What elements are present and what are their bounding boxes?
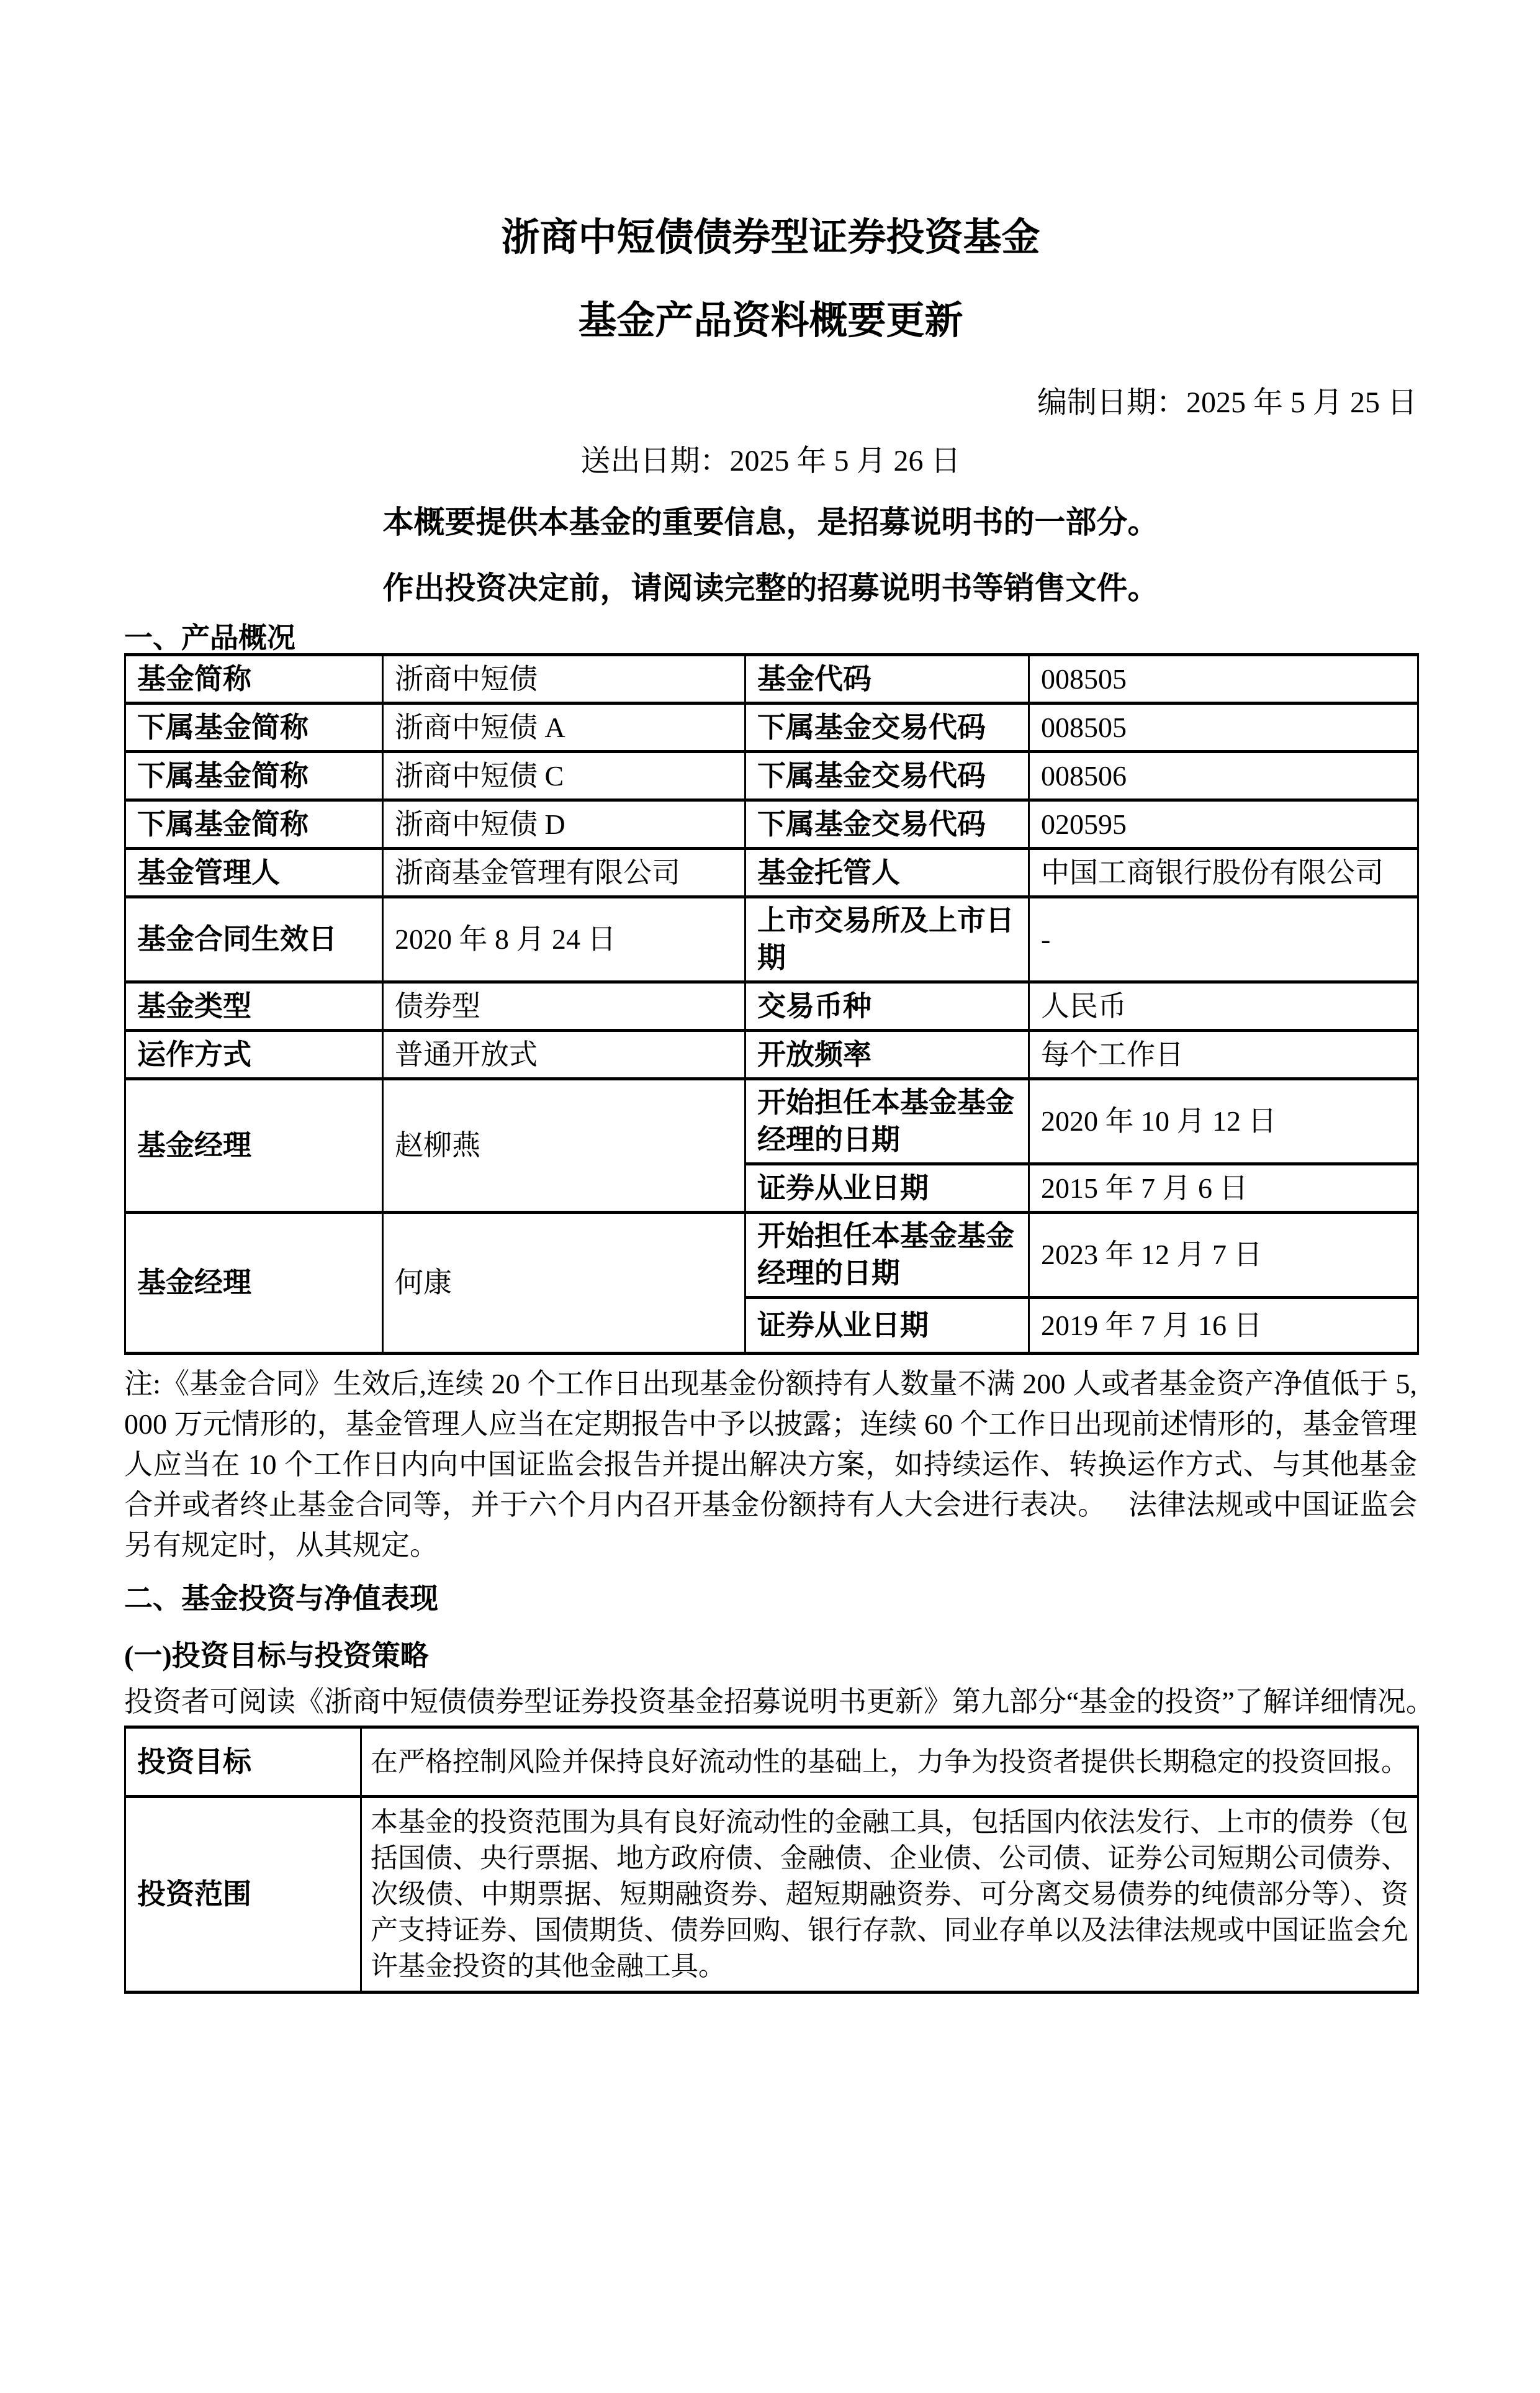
doc-page: { "page": { "title": "浙商中短债债券型证券投资基金", "…	[0, 215, 1540, 2393]
table-row: 下属基金简称 浙商中短债 A 下属基金交易代码 008505	[125, 703, 1418, 752]
table-value-cell: 2020 年 8 月 24 日	[383, 897, 745, 982]
table-label-cell: 下属基金交易代码	[745, 752, 1029, 800]
table-label-cell: 基金合同生效日	[125, 897, 383, 982]
table-value-cell: 浙商中短债 A	[383, 703, 745, 752]
section-2-intro: 投资者可阅读《浙商中短债债券型证券投资基金招募说明书更新》第九部分“基金的投资”…	[124, 1683, 1417, 1721]
table-value-cell: 普通开放式	[383, 1031, 745, 1079]
table-label-cell: 基金类型	[125, 982, 383, 1031]
investment-table: 投资目标 在严格控制风险并保持良好流动性的基础上，力争为投资者提供长期稳定的投资…	[124, 1726, 1419, 1994]
table-value-cell: 浙商中短债	[383, 655, 745, 703]
product-overview-table: 基金简称 浙商中短债 基金代码 008505 下属基金简称 浙商中短债 A 下属…	[124, 653, 1419, 1355]
investment-value-cell: 本基金的投资范围为具有良好流动性的金融工具，包括国内依法发行、上市的债券（包括国…	[361, 1797, 1418, 1993]
table-note: 注:《基金合同》生效后,连续 20 个工作日出现基金份额持有人数量不满 200 …	[124, 1364, 1417, 1565]
table-value-cell: 浙商基金管理有限公司	[383, 849, 745, 897]
table-label-cell: 基金管理人	[125, 849, 383, 897]
notice-line-1: 本概要提供本基金的重要信息，是招募说明书的一部分。	[124, 500, 1417, 544]
table-label-cell: 运作方式	[125, 1031, 383, 1079]
doc-title: 浙商中短债债券型证券投资基金	[124, 215, 1417, 261]
table-value-cell: 2015 年 7 月 6 日	[1029, 1164, 1418, 1213]
table-label-cell: 下属基金交易代码	[745, 800, 1029, 849]
table-label-cell: 上市交易所及上市日期	[745, 897, 1029, 982]
table-value-cell: 人民币	[1029, 982, 1418, 1031]
document-content: 浙商中短债债券型证券投资基金 基金产品资料概要更新 编制日期：2025 年 5 …	[124, 215, 1417, 1994]
table-value-cell: 浙商中短债 C	[383, 752, 745, 800]
table-label-cell: 交易币种	[745, 982, 1029, 1031]
doc-subtitle: 基金产品资料概要更新	[124, 298, 1417, 344]
table-label-cell: 下属基金交易代码	[745, 703, 1029, 752]
table-row: 投资目标 在严格控制风险并保持良好流动性的基础上，力争为投资者提供长期稳定的投资…	[125, 1727, 1418, 1797]
notice-line-2: 作出投资决定前，请阅读完整的招募说明书等销售文件。	[124, 566, 1417, 610]
table-row: 基金经理 赵柳燕 开始担任本基金基金经理的日期 2020 年 10 月 12 日	[125, 1079, 1418, 1164]
table-value-cell: 008505	[1029, 655, 1418, 703]
prepared-date-line: 编制日期：2025 年 5 月 25 日	[124, 382, 1417, 423]
table-label-cell: 基金经理	[125, 1213, 383, 1354]
section-2-heading: 二、基金投资与净值表现	[124, 1584, 1417, 1614]
table-label-cell: 开放频率	[745, 1031, 1029, 1079]
manager-name-cell: 何康	[383, 1213, 745, 1354]
section-2-subheading: (一)投资目标与投资策略	[124, 1641, 1417, 1671]
table-row: 基金合同生效日 2020 年 8 月 24 日 上市交易所及上市日期 -	[125, 897, 1418, 982]
table-value-cell: 2023 年 12 月 7 日	[1029, 1213, 1418, 1298]
table-value-cell: 中国工商银行股份有限公司	[1029, 849, 1418, 897]
table-row: 下属基金简称 浙商中短债 C 下属基金交易代码 008506	[125, 752, 1418, 800]
table-value-cell: 008505	[1029, 703, 1418, 752]
manager-name-cell: 赵柳燕	[383, 1079, 745, 1213]
table-row: 基金类型 债券型 交易币种 人民币	[125, 982, 1418, 1031]
section-1-heading: 一、产品概况	[124, 623, 1417, 653]
table-value-cell: 020595	[1029, 800, 1418, 849]
table-value-cell: 浙商中短债 D	[383, 800, 745, 849]
table-row: 下属基金简称 浙商中短债 D 下属基金交易代码 020595	[125, 800, 1418, 849]
table-label-cell: 证券从业日期	[745, 1164, 1029, 1213]
table-row: 投资范围 本基金的投资范围为具有良好流动性的金融工具，包括国内依法发行、上市的债…	[125, 1797, 1418, 1993]
table-label-cell: 下属基金简称	[125, 800, 383, 849]
table-row: 基金简称 浙商中短债 基金代码 008505	[125, 655, 1418, 703]
table-value-cell: -	[1029, 897, 1418, 982]
investment-label-cell: 投资范围	[125, 1797, 361, 1993]
table-value-cell: 2020 年 10 月 12 日	[1029, 1079, 1418, 1164]
table-row: 基金管理人 浙商基金管理有限公司 基金托管人 中国工商银行股份有限公司	[125, 849, 1418, 897]
table-value-cell: 2019 年 7 月 16 日	[1029, 1298, 1418, 1354]
table-label-cell: 证券从业日期	[745, 1298, 1029, 1354]
table-value-cell: 债券型	[383, 982, 745, 1031]
investment-label-cell: 投资目标	[125, 1727, 361, 1797]
table-label-cell: 基金托管人	[745, 849, 1029, 897]
table-row: 运作方式 普通开放式 开放频率 每个工作日	[125, 1031, 1418, 1079]
table-value-cell: 每个工作日	[1029, 1031, 1418, 1079]
table-row: 基金经理 何康 开始担任本基金基金经理的日期 2023 年 12 月 7 日	[125, 1213, 1418, 1298]
table-label-cell: 开始担任本基金基金经理的日期	[745, 1079, 1029, 1164]
sent-date-line: 送出日期：2025 年 5 月 26 日	[124, 441, 1417, 482]
table-label-cell: 基金代码	[745, 655, 1029, 703]
table-label-cell: 开始担任本基金基金经理的日期	[745, 1213, 1029, 1298]
table-label-cell: 下属基金简称	[125, 703, 383, 752]
table-label-cell: 基金经理	[125, 1079, 383, 1213]
table-label-cell: 基金简称	[125, 655, 383, 703]
table-label-cell: 下属基金简称	[125, 752, 383, 800]
investment-value-cell: 在严格控制风险并保持良好流动性的基础上，力争为投资者提供长期稳定的投资回报。	[361, 1727, 1418, 1797]
table-value-cell: 008506	[1029, 752, 1418, 800]
